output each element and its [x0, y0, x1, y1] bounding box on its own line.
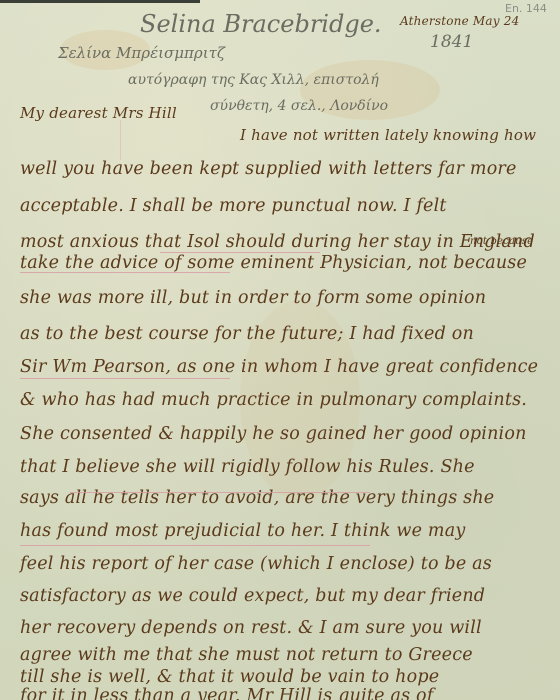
body-line-12: says all he tells her to avoid, are the … [20, 488, 494, 508]
interlinear-insertion: not because [470, 236, 533, 247]
body-line-11: that I believe she will rigidly follow h… [20, 457, 475, 477]
body-line-16: her recovery depends on rest. & I am sur… [20, 618, 482, 638]
underline [70, 492, 370, 493]
body-line-2: well you have been kept supplied with le… [20, 159, 517, 179]
body-line-15: satisfactory as we could expect, but my … [20, 586, 485, 606]
body-line-1: I have not written lately knowing how [240, 126, 536, 144]
body-line-18: till she is well, & that it would be vai… [20, 667, 439, 687]
body-line-19: for it in less than a year. Mr Hill is q… [20, 686, 433, 700]
body-line-14: feel his report of her case (which I enc… [20, 554, 492, 574]
margin-rule [120, 120, 121, 160]
place-date: Atherstone May 24 [400, 14, 519, 28]
greek-annotation-line-3: σύνθετη, 4 σελ., Λονδίνο [210, 98, 388, 114]
underline [20, 545, 370, 546]
body-line-13: has found most prejudicial to her. I thi… [20, 521, 465, 541]
author-name: Selina Bracebridge. [140, 10, 382, 38]
body-line-5: take the advice of some eminent Physicia… [20, 253, 527, 273]
body-line-9: & who has had much practice in pulmonary… [20, 390, 527, 410]
body-line-8: Sir Wm Pearson, as one in whom I have gr… [20, 357, 538, 377]
body-line-6: she was more ill, but in order to form s… [20, 288, 486, 308]
body-line-4: most anxious that Isol should during her… [20, 232, 535, 252]
year: 1841 [430, 32, 473, 52]
underline [20, 378, 230, 379]
scan-edge [0, 0, 200, 3]
underline [20, 272, 230, 273]
greek-annotation-line-1: Σελίνα Μπρέισμπριτζ [58, 44, 225, 62]
body-line-3: acceptable. I shall be more punctual now… [20, 196, 447, 216]
salutation: My dearest Mrs Hill [20, 104, 177, 122]
greek-annotation-line-2: αυτόγραφη της Κας Χιλλ, επιστολή [128, 72, 379, 88]
body-line-10: She consented & happily he so gained her… [20, 424, 527, 444]
body-line-7: as to the best course for the future; I … [20, 324, 474, 344]
body-line-17: agree with me that she must not return t… [20, 645, 473, 665]
